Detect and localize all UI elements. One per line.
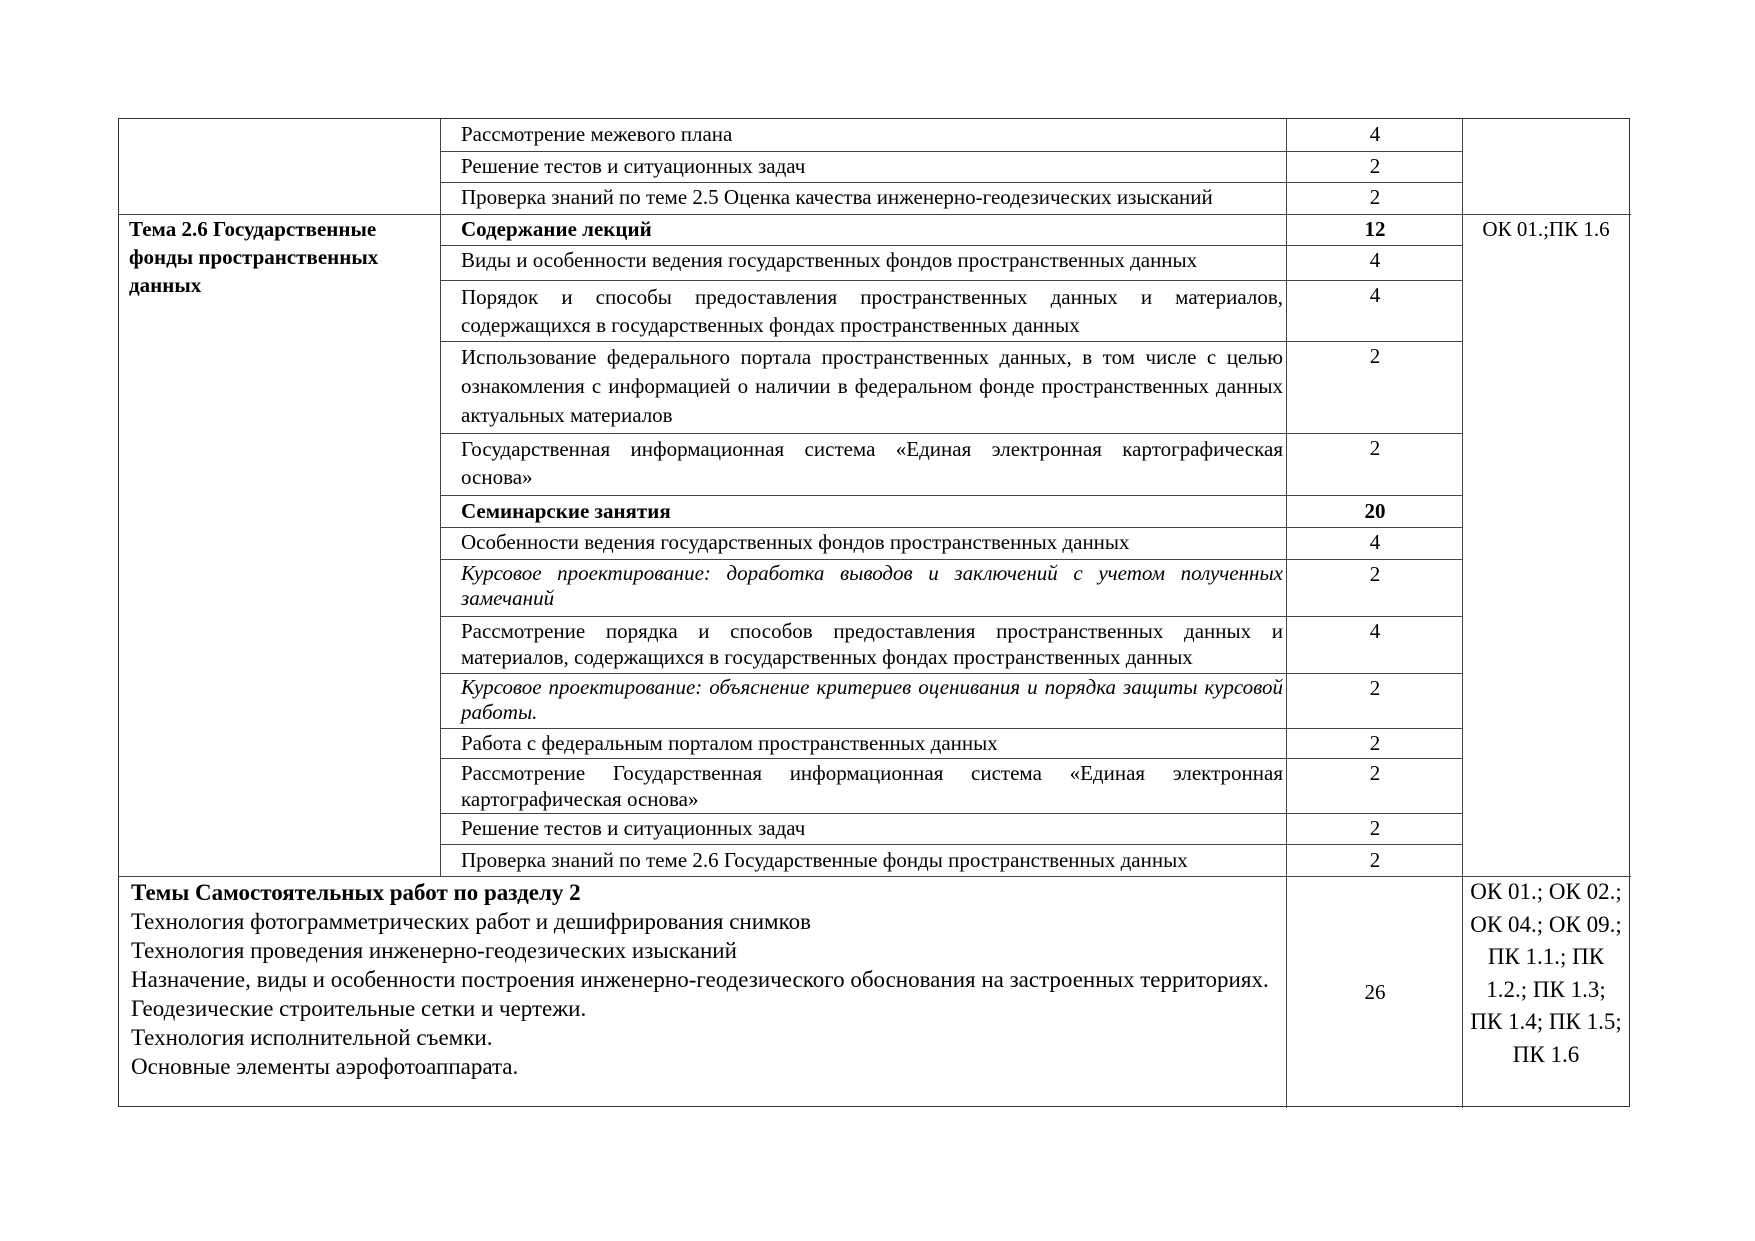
seminar-row-hours: 2 (1287, 673, 1463, 702)
curriculum-table: Рассмотрение межевого плана 4 Решение те… (118, 118, 1630, 1107)
self-study-hours: 26 (1287, 876, 1463, 1108)
self-study-item: Геодезические строительные сетки и черте… (131, 994, 1274, 1023)
seminar-row-hours: 2 (1287, 559, 1463, 588)
self-study-item: Основные элементы аэрофотоаппарата. (131, 1052, 1274, 1081)
lecture-row-hours: 4 (1287, 280, 1463, 309)
lecture-row-text: Порядок и способы предоставления простра… (449, 280, 1295, 341)
row-text: Рассмотрение межевого плана (449, 119, 1295, 151)
row-text: Проверка знаний по теме 2.5 Оценка качес… (449, 182, 1295, 214)
self-study-item: Технология исполнительной съемки. (131, 1023, 1274, 1052)
seminar-row-hours: 2 (1287, 813, 1463, 842)
lecture-row-text: Виды и особенности ведения государственн… (449, 245, 1295, 280)
self-study-block: Темы Самостоятельных работ по разделу 2 … (119, 876, 1286, 1081)
row-hours: 4 (1287, 119, 1463, 151)
seminar-row-text: Проверка знаний по теме 2.6 Государствен… (449, 844, 1295, 876)
lecture-row-text: Государственная информационная система «… (449, 433, 1295, 495)
topic-title: Тема 2.6 Государственные фонды пространс… (119, 214, 440, 299)
seminar-row-hours: 4 (1287, 527, 1463, 556)
seminar-row-hours: 4 (1287, 616, 1463, 645)
row-text: Решение тестов и ситуационных задач (449, 151, 1295, 182)
seminar-row-text: Работа с федеральным порталом пространст… (449, 728, 1295, 758)
seminar-row-hours: 2 (1287, 728, 1463, 757)
lecture-row-text: Использование федерального портала прост… (449, 341, 1295, 433)
seminar-row-text: Решение тестов и ситуационных задач (449, 813, 1295, 844)
self-study-item: Технология фотограмметрических работ и д… (131, 907, 1274, 936)
lecture-row-hours: 2 (1287, 433, 1463, 462)
self-study-item: Технология проведения инженерно-геодезич… (131, 936, 1274, 965)
seminars-total: 20 (1287, 495, 1463, 525)
self-study-competencies: ОК 01.; ОК 02.; ОК 04.; ОК 09.; ПК 1.1.;… (1469, 876, 1623, 1071)
lectures-header: Содержание лекций (449, 214, 1295, 245)
seminar-row-text: Особенности ведения государственных фонд… (449, 527, 1295, 559)
col-divider-topic (440, 119, 441, 876)
self-study-header: Темы Самостоятельных работ по разделу 2 (131, 878, 1274, 907)
topic-competencies: ОК 01.;ПК 1.6 (1462, 214, 1630, 243)
lectures-total: 12 (1287, 214, 1463, 245)
self-study-item: Назначение, виды и особенности построени… (131, 965, 1274, 994)
seminar-row-hours: 2 (1287, 758, 1463, 787)
row-hours: 2 (1287, 151, 1463, 182)
seminar-row-text: Курсовое проектирование: объяснение крит… (449, 673, 1295, 728)
seminars-header: Семинарские занятия (449, 495, 1295, 527)
seminar-row-text: Рассмотрение порядка и способов предоста… (449, 616, 1295, 673)
lecture-row-hours: 2 (1287, 341, 1463, 370)
seminar-row-hours: 2 (1287, 844, 1463, 874)
seminar-row-text: Курсовое проектирование: доработка вывод… (449, 559, 1295, 616)
lecture-row-hours: 4 (1287, 245, 1463, 274)
row-hours: 2 (1287, 182, 1463, 214)
seminar-row-text: Рассмотрение Государственная информацион… (449, 758, 1295, 813)
